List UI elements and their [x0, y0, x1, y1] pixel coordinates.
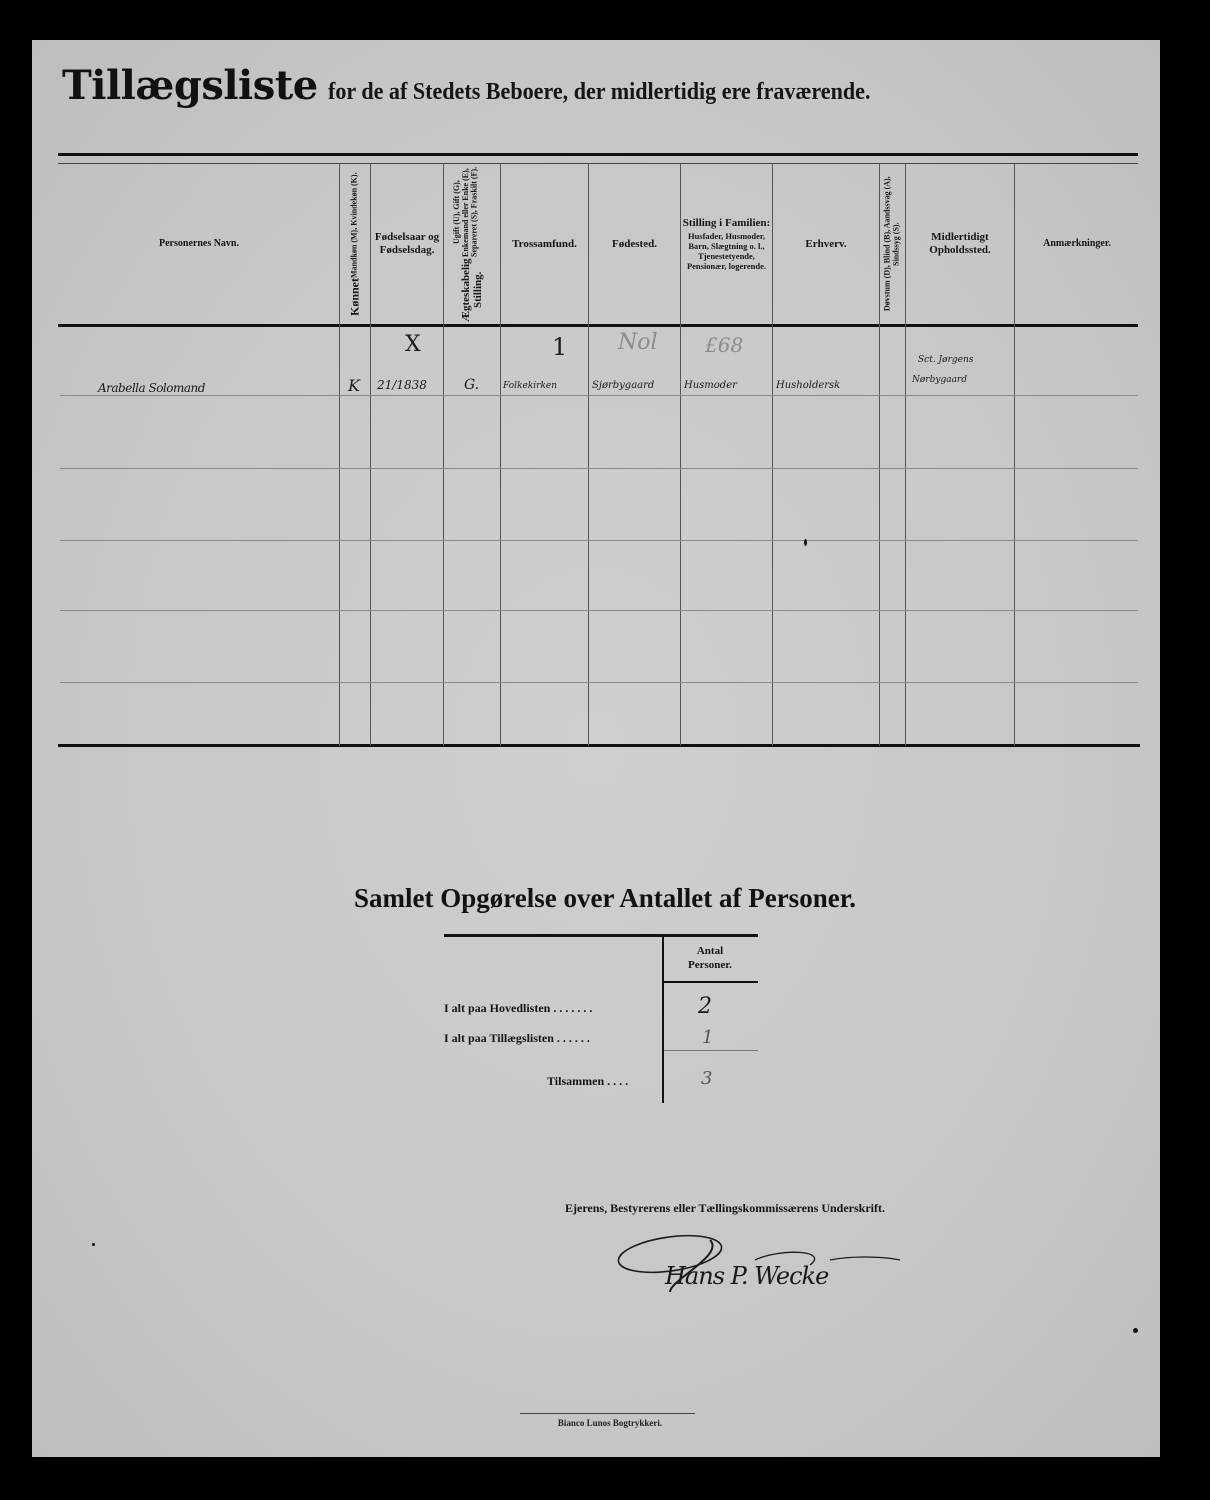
row-separator: [60, 682, 1138, 683]
header-birth: Fødselsaar og Fødselsdag.: [372, 165, 442, 323]
row-separator: [60, 540, 1138, 541]
footer-rule: [520, 1413, 695, 1414]
cell-occupation: Husholdersk: [776, 380, 840, 391]
summary-row-label: I alt paa Tillægslisten . . . . . .: [444, 1031, 590, 1046]
col-divider: [588, 163, 589, 746]
signature-value: Hans P. Wecke: [665, 1262, 828, 1290]
summary-count-header-line1: Antal: [675, 944, 745, 958]
summary-vertical-rule: [662, 937, 664, 1103]
cell-sex: K: [348, 376, 360, 395]
cell-birth: 21/1838: [377, 378, 427, 392]
table-top-rule: [58, 153, 1138, 156]
summary-sum-rule: [664, 1050, 758, 1051]
table-top-rule-thin: [58, 163, 1138, 164]
title-subtitle: for de af Stedets Beboere, der midlertid…: [328, 79, 870, 106]
title-emphasis: fraværende.: [756, 79, 870, 105]
header-family-title: Stilling i Familien:: [683, 217, 770, 230]
header-sex: Kønnet Mandkøn (M), Kvindekøn (K).: [341, 166, 369, 322]
summary-row-value: 3: [701, 1068, 712, 1089]
header-sex-options: Mandkøn (M), Kvindekøn (K).: [351, 172, 360, 278]
row-separator: [60, 610, 1138, 611]
cell-family-pencil: £68: [705, 333, 743, 357]
printer-credit: Bianco Lunos Bogtrykkeri.: [520, 1418, 700, 1428]
col-divider: [905, 163, 906, 746]
summary-row-label: Tilsammen . . . .: [547, 1074, 628, 1089]
cell-marital: G.: [464, 377, 479, 393]
cell-name: Arabella Solomand: [98, 381, 205, 395]
summary-row-label: I alt paa Hovedlisten . . . . . . .: [444, 1001, 592, 1016]
col-divider: [680, 163, 681, 746]
header-occupation: Erhverv.: [774, 165, 878, 323]
cell-birth-mark: X: [405, 332, 421, 357]
ink-speck: [92, 1243, 95, 1246]
col-divider: [443, 163, 444, 746]
header-remarks: Anmærkninger.: [1016, 165, 1138, 323]
row-separator: [60, 395, 1138, 396]
header-disability: Døvstum (D), Blind (B), Aandssvag (A), S…: [881, 166, 904, 322]
signature-label: Ejerens, Bestyrerens eller Tællingskommi…: [565, 1201, 885, 1216]
col-divider: [1014, 163, 1015, 746]
summary-top-rule: [444, 934, 758, 937]
header-birthplace: Fødested.: [590, 165, 679, 323]
cell-birthplace: Sjørbygaard: [592, 380, 654, 391]
col-divider: [370, 163, 371, 746]
ink-speck: [804, 539, 807, 546]
header-bottom-rule: [58, 324, 1138, 327]
header-sex-title: Kønnet: [348, 278, 361, 316]
col-divider: [879, 163, 880, 746]
header-family-position: Stilling i Familien: Husfader, Husmoder,…: [682, 165, 771, 323]
form-title: Tillægslistefor de af Stedets Beboere, d…: [62, 62, 1112, 122]
header-religion: Trossamfund.: [502, 165, 587, 323]
header-marital-options: Ugift (U), Gift (G), Enkemand eller Enke…: [453, 166, 491, 258]
col-divider: [500, 163, 501, 746]
header-marital: Ægteskabelig Stilling. Ugift (U), Gift (…: [445, 166, 499, 322]
header-temp-residence: Midlertidigt Opholdssted.: [907, 165, 1013, 323]
summary-title: Samlet Opgørelse over Antallet af Person…: [300, 883, 910, 914]
cell-temp-residence-line2: Nørbygaard: [912, 375, 967, 385]
col-divider: [339, 163, 340, 746]
cell-birthplace-pencil: Nol: [618, 330, 658, 355]
cell-family: Husmoder: [684, 380, 737, 391]
header-family-options: Husfader, Husmoder, Barn, Slægtning o. l…: [682, 232, 771, 271]
table-bottom-rule: [58, 744, 1140, 747]
header-name: Personernes Navn.: [60, 165, 338, 323]
summary-count-header: Antal Personer.: [675, 944, 745, 973]
cell-religion-mark: 1: [552, 333, 567, 361]
summary-count-header-line2: Personer.: [675, 958, 745, 972]
header-marital-title: Ægteskabelig Stilling.: [460, 258, 484, 322]
summary-row-value: 1: [702, 1027, 713, 1048]
summary-header-rule: [664, 981, 758, 983]
row-separator: [60, 468, 1138, 469]
cell-temp-residence-line1: Sct. Jørgens: [918, 355, 973, 365]
title-rest-text: for de af Stedets Beboere, der midlertid…: [328, 79, 751, 105]
cell-religion: Folkekirken: [503, 381, 557, 391]
summary-row-value: 2: [698, 994, 712, 1019]
col-divider: [772, 163, 773, 746]
title-main: Tillægsliste: [62, 62, 318, 109]
ink-speck: [1133, 1328, 1138, 1333]
